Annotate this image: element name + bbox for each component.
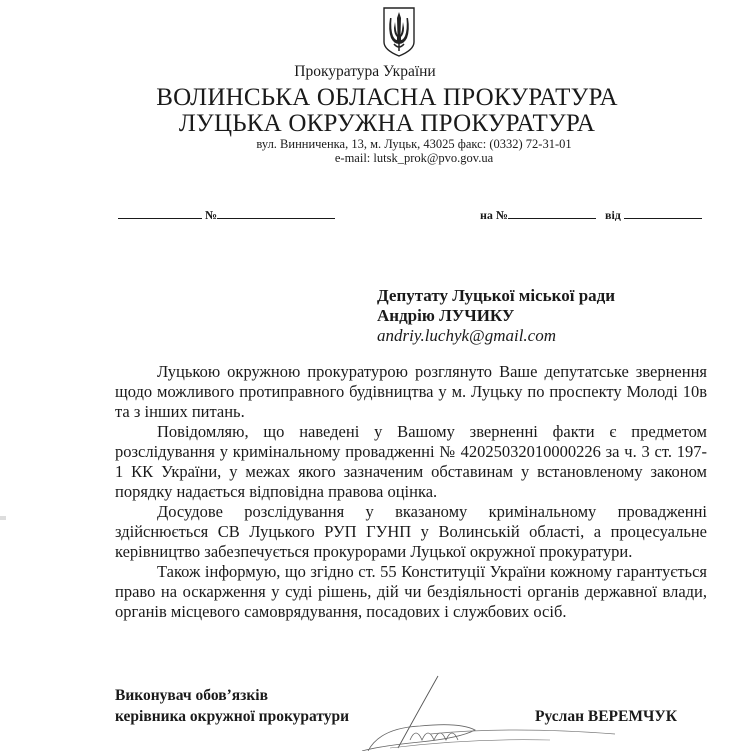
agency-name: Прокуратура України	[0, 63, 730, 81]
paragraph: Повідомляю, що наведені у Вашому звернен…	[115, 422, 707, 502]
paragraph: Досудове розслідування у вказаному кримі…	[115, 502, 707, 562]
paragraph: Також інформую, що згідно ст. 55 Констит…	[115, 562, 707, 622]
signatory-title-line-2: керівника окружної прокуратури	[115, 706, 349, 727]
reply-date-blank	[624, 207, 702, 219]
signatory-name: Руслан ВЕРЕМЧУК	[535, 706, 677, 727]
from-label: від	[605, 208, 621, 222]
addressee-position: Депутату Луцької міської ради	[377, 286, 615, 306]
signatory-title-line-1: Виконувач обов’язків	[115, 685, 349, 706]
signatory-title: Виконувач обов’язків керівника окружної …	[115, 685, 349, 727]
reply-number-blank	[508, 207, 596, 219]
letter-body: Луцькою окружною прокуратурою розглянуто…	[115, 362, 707, 622]
date-blank	[118, 207, 202, 219]
addressee-email: andriy.luchyk@gmail.com	[377, 326, 615, 346]
incoming-ref: на № від	[480, 207, 702, 222]
outgoing-ref: №	[118, 207, 335, 222]
coat-of-arms-icon	[382, 6, 416, 58]
reply-to-label: на №	[480, 208, 508, 222]
office-email: e-mail: lutsk_prok@pvo.gov.ua	[0, 151, 730, 166]
office-address: вул. Винниченка, 13, м. Луцьк, 43025 фак…	[0, 137, 730, 152]
scan-artifact	[0, 516, 6, 520]
paragraph: Луцькою окружною прокуратурою розглянуто…	[115, 362, 707, 422]
number-blank	[217, 207, 335, 219]
regional-office-name: ВОЛИНСЬКА ОБЛАСНА ПРОКУРАТУРА	[0, 84, 730, 112]
addressee-name: Андрію ЛУЧИКУ	[377, 306, 615, 326]
district-office-name: ЛУЦЬКА ОКРУЖНА ПРОКУРАТУРА	[0, 110, 730, 138]
addressee-block: Депутату Луцької міської ради Андрію ЛУЧ…	[377, 286, 615, 346]
number-label: №	[205, 208, 217, 222]
